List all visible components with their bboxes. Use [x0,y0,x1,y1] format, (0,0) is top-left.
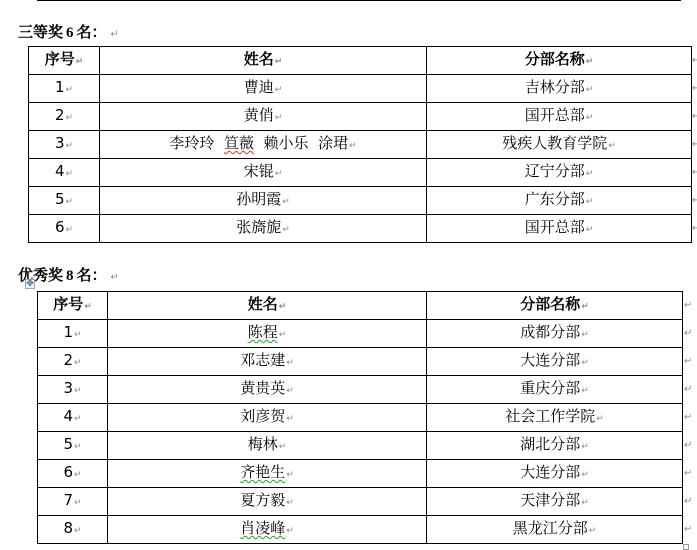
cell-branch: 社会工作学院↵ [427,404,683,432]
cell-no: 5↵ [38,432,108,460]
third-prize-table: 序号↵ 姓名↵ 分部名称↵ 1↵ 曹迪↵ 吉林分部↵ 2↵ 黄俏↵ 国开总部↵ … [28,46,692,243]
table-resize-handle[interactable] [683,544,689,550]
row-end-mark-icon: ↵ [684,356,692,367]
cell-no: 7↵ [38,488,108,516]
name-part-spellcheck: 笪薇 [224,134,254,152]
cell-name: 黄俏↵ [100,103,427,131]
header-no: 序号↵ [29,47,100,75]
cell-end-mark-icon: ↵ [275,169,283,179]
cell-end-mark-icon: ↵ [66,141,74,151]
cell-end-mark-icon: ↵ [349,141,357,151]
cell-end-mark-icon: ↵ [581,386,589,396]
title-suffix: 名： [77,23,107,41]
cell-end-mark-icon: ↵ [581,358,589,368]
table-header-row: 序号↵ 姓名↵ 分部名称↵ [29,47,692,75]
title-prefix: 三等奖 [18,23,63,41]
cell-branch: 湖北分部↵ [427,432,683,460]
title-count: 6 [66,25,74,41]
row-end-mark-icon: ↵ [692,195,697,206]
header-name: 姓名↵ [100,47,427,75]
cell-end-mark-icon: ↵ [596,414,604,424]
header-no: 序号↵ [38,292,108,320]
cell-end-mark-icon: ↵ [74,470,82,480]
cell-end-mark-icon: ↵ [275,57,283,67]
row-end-mark-icon: ↵ [684,328,692,339]
cell-no: 4↵ [29,159,100,187]
cell-end-mark-icon: ↵ [74,498,82,508]
cell-no: 3↵ [29,131,100,159]
paragraph-mark-icon: ↵ [111,29,119,40]
table-row: 3↵ 黄贵英↵ 重庆分部↵ [38,376,683,404]
cell-no: 3↵ [38,376,108,404]
cell-end-mark-icon: ↵ [286,358,294,368]
paragraph-mark-icon: ↵ [111,272,119,283]
row-end-mark-icon: ↵ [692,167,697,178]
cell-end-mark-icon: ↵ [586,169,594,179]
table-row: 2↵ 邓志建↵ 大连分部↵ [38,348,683,376]
table-row: 6↵ 张旖旎↵ 国开总部↵ [29,215,692,243]
name-part: 李玲玲 [169,134,214,152]
row-end-mark-icon: ↵ [684,496,692,507]
cell-end-mark-icon: ↵ [581,330,589,340]
header-name: 姓名↵ [108,292,427,320]
table-row: 1↵ 曹迪↵ 吉林分部↵ [29,75,692,103]
table-row: 5↵ 梅林↵ 湖北分部↵ [38,432,683,460]
cell-end-mark-icon: ↵ [66,197,74,207]
cell-end-mark-icon: ↵ [275,113,283,123]
row-end-mark-icon: ↵ [684,440,692,451]
cell-end-mark-icon: ↵ [66,225,74,235]
row-end-mark-icon: ↵ [684,384,692,395]
cell-branch: 黑龙江分部↵ [427,516,683,544]
cell-branch: 国开总部↵ [427,103,692,131]
row-end-mark-icon: ↵ [692,223,697,234]
table-row: 2↵ 黄俏↵ 国开总部↵ [29,103,692,131]
cell-end-mark-icon: ↵ [286,526,294,536]
row-end-mark-icon: ↵ [692,111,697,122]
row-end-mark-icon: ↵ [684,412,692,423]
cell-end-mark-icon: ↵ [66,85,74,95]
cell-branch: 重庆分部↵ [427,376,683,404]
cell-name: 张旖旎↵ [100,215,427,243]
table-row: 6↵ 齐艳生↵ 大连分部↵ [38,460,683,488]
cell-end-mark-icon: ↵ [74,358,82,368]
cell-name: 夏方毅↵ [108,488,427,516]
cell-end-mark-icon: ↵ [589,526,597,536]
cell-end-mark-icon: ↵ [76,57,84,67]
row-end-mark-icon: ↵ [684,524,692,535]
cell-branch: 国开总部↵ [427,215,692,243]
cell-end-mark-icon: ↵ [279,302,287,312]
cell-no: 8↵ [38,516,108,544]
cell-end-mark-icon: ↵ [586,57,594,67]
cell-end-mark-icon: ↵ [581,302,589,312]
cell-no: 4↵ [38,404,108,432]
cell-name: 宋锟↵ [100,159,427,187]
cell-name: 刘彦贺↵ [108,404,427,432]
cell-end-mark-icon: ↵ [275,85,283,95]
cell-end-mark-icon: ↵ [74,330,82,340]
cell-end-mark-icon: ↵ [279,442,287,452]
title-count: 8 [66,268,74,284]
name-part: 涂珺 [318,134,348,152]
cell-end-mark-icon: ↵ [74,526,82,536]
cell-branch: 广东分部↵ [427,187,692,215]
title-suffix: 名： [77,266,107,284]
cell-name: 梅林↵ [108,432,427,460]
excellence-prize-table: 序号↵ 姓名↵ 分部名称↵ 1↵ 陈程↵ 成都分部↵ 2↵ 邓志建↵ 大连分部↵… [37,291,683,544]
table-move-handle-icon[interactable]: ✥ [25,279,35,289]
row-end-mark-icon: ↵ [684,300,692,311]
cell-end-mark-icon: ↵ [66,113,74,123]
cell-end-mark-icon: ↵ [608,141,616,151]
cell-name: 肖凌峰↵ [108,516,427,544]
cell-end-mark-icon: ↵ [586,85,594,95]
cell-branch: 成都分部↵ [427,320,683,348]
cell-no: 5↵ [29,187,100,215]
cell-end-mark-icon: ↵ [581,498,589,508]
table-row: 7↵ 夏方毅↵ 天津分部↵ [38,488,683,516]
cell-branch: 大连分部↵ [427,348,683,376]
cell-end-mark-icon: ↵ [84,302,92,312]
cell-end-mark-icon: ↵ [279,330,287,340]
cell-end-mark-icon: ↵ [586,225,594,235]
cell-end-mark-icon: ↵ [286,498,294,508]
cell-end-mark-icon: ↵ [586,113,594,123]
cell-branch: 大连分部↵ [427,460,683,488]
cell-name: 齐艳生↵ [108,460,427,488]
cell-end-mark-icon: ↵ [282,225,290,235]
cell-branch: 残疾人教育学院↵ [427,131,692,159]
row-end-mark-icon: ↵ [692,83,697,94]
page-top-rule [37,0,681,1]
cell-name: 李玲玲 笪薇 赖小乐 涂珺↵ [100,131,427,159]
cell-name: 孙明霞↵ [100,187,427,215]
row-end-mark-icon: ↵ [692,139,697,150]
cell-name: 邓志建↵ [108,348,427,376]
cell-no: 2↵ [38,348,108,376]
table-row: 3↵ 李玲玲 笪薇 赖小乐 涂珺↵ 残疾人教育学院↵ [29,131,692,159]
cell-end-mark-icon: ↵ [74,414,82,424]
table-header-row: 序号↵ 姓名↵ 分部名称↵ [38,292,683,320]
cell-end-mark-icon: ↵ [286,386,294,396]
table-row: 8↵ 肖凌峰↵ 黑龙江分部↵ [38,516,683,544]
cell-end-mark-icon: ↵ [74,442,82,452]
header-branch: 分部名称↵ [427,47,692,75]
cell-name: 曹迪↵ [100,75,427,103]
table-row: 4↵ 宋锟↵ 辽宁分部↵ [29,159,692,187]
header-branch: 分部名称↵ [427,292,683,320]
cell-end-mark-icon: ↵ [286,414,294,424]
cell-no: 1↵ [38,320,108,348]
cell-no: 2↵ [29,103,100,131]
cell-branch: 天津分部↵ [427,488,683,516]
cell-branch: 吉林分部↵ [427,75,692,103]
cell-end-mark-icon: ↵ [581,470,589,480]
section-title-third-prize: 三等奖6名：↵ [18,23,119,44]
cell-end-mark-icon: ↵ [581,442,589,452]
table-row: 1↵ 陈程↵ 成都分部↵ [38,320,683,348]
cell-branch: 辽宁分部↵ [427,159,692,187]
cell-end-mark-icon: ↵ [286,470,294,480]
name-part: 赖小乐 [264,134,309,152]
table-row: 5↵ 孙明霞↵ 广东分部↵ [29,187,692,215]
cell-no: 1↵ [29,75,100,103]
cell-no: 6↵ [29,215,100,243]
cell-end-mark-icon: ↵ [74,386,82,396]
cell-end-mark-icon: ↵ [282,197,290,207]
cell-no: 6↵ [38,460,108,488]
table-row: 4↵ 刘彦贺↵ 社会工作学院↵ [38,404,683,432]
cell-name: 黄贵英↵ [108,376,427,404]
row-end-mark-icon: ↵ [684,468,692,479]
cell-end-mark-icon: ↵ [66,169,74,179]
cell-name: 陈程↵ [108,320,427,348]
cell-end-mark-icon: ↵ [586,197,594,207]
row-end-mark-icon: ↵ [692,55,697,66]
